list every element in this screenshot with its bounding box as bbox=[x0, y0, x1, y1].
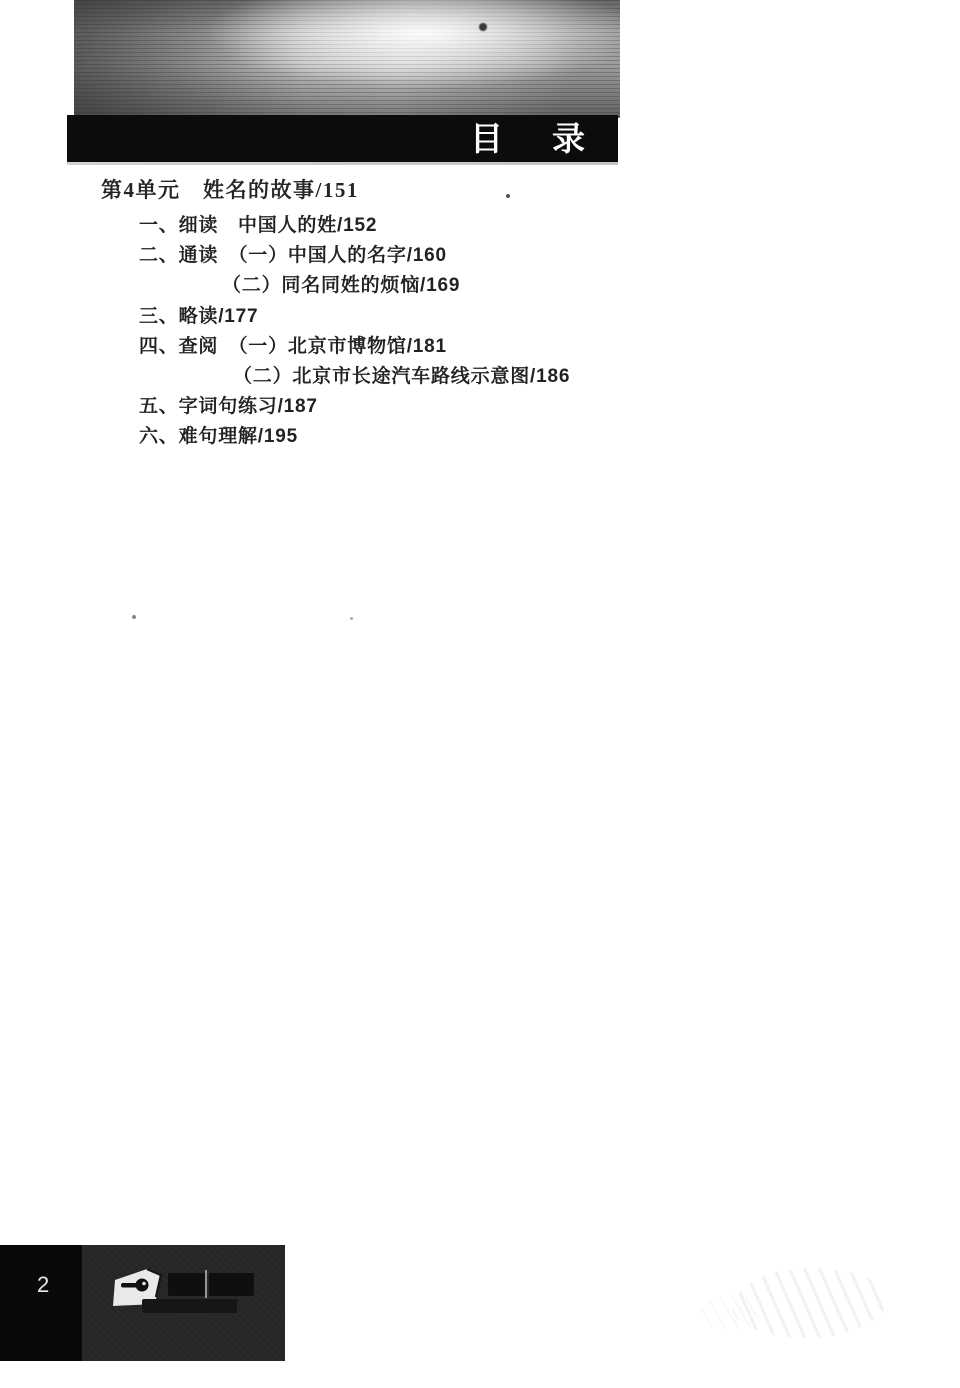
toc-entry: 一、细读 中国人的姓/152 bbox=[139, 211, 960, 241]
toc-entry: 五、字词句练习/187 bbox=[139, 392, 960, 422]
toc-entry: （二）北京市长途汽车路线示意图/186 bbox=[233, 362, 960, 392]
toc-entry: 二、通读 （一）中国人的名字/160 bbox=[139, 241, 960, 271]
page-number: 2 bbox=[37, 1272, 49, 1298]
photo-speck bbox=[479, 23, 487, 31]
toc-entry: （二）同名同姓的烦恼/169 bbox=[222, 271, 960, 301]
toc-entry: 四、查阅 （一）北京市博物馆/181 bbox=[139, 332, 960, 362]
toc-entry: 三、略读/177 bbox=[139, 302, 960, 332]
toc-entry: 六、难句理解/195 bbox=[139, 422, 960, 452]
toc-entries: 一、细读 中国人的姓/152 二、通读 （一）中国人的名字/160 （二）同名同… bbox=[0, 211, 960, 453]
logo-divider bbox=[205, 1270, 207, 1298]
page-title: 目 录 bbox=[470, 115, 618, 162]
scan-speck bbox=[132, 615, 136, 619]
logo-text-artifact bbox=[209, 1273, 254, 1296]
scanned-toc-page: 目 录 第4单元 姓名的故事/151 一、细读 中国人的姓/152 二、通读 （… bbox=[0, 0, 960, 1388]
publisher-logo-block bbox=[82, 1245, 285, 1361]
table-of-contents: 第4单元 姓名的故事/151 一、细读 中国人的姓/152 二、通读 （一）中国… bbox=[0, 174, 960, 453]
footer-bar: 2 bbox=[0, 1245, 285, 1361]
toc-title-band: 目 录 bbox=[67, 115, 618, 162]
scan-artifact bbox=[700, 1295, 760, 1330]
logo-text-artifact bbox=[142, 1299, 237, 1313]
scan-speck bbox=[506, 194, 510, 198]
header-photo bbox=[74, 0, 620, 118]
toc-unit-heading: 第4单元 姓名的故事/151 bbox=[101, 174, 960, 207]
band-shadow-line bbox=[67, 162, 618, 165]
scan-speck bbox=[350, 617, 353, 620]
footer-page-number-block: 2 bbox=[0, 1245, 82, 1361]
logo-text-artifact bbox=[168, 1273, 205, 1296]
